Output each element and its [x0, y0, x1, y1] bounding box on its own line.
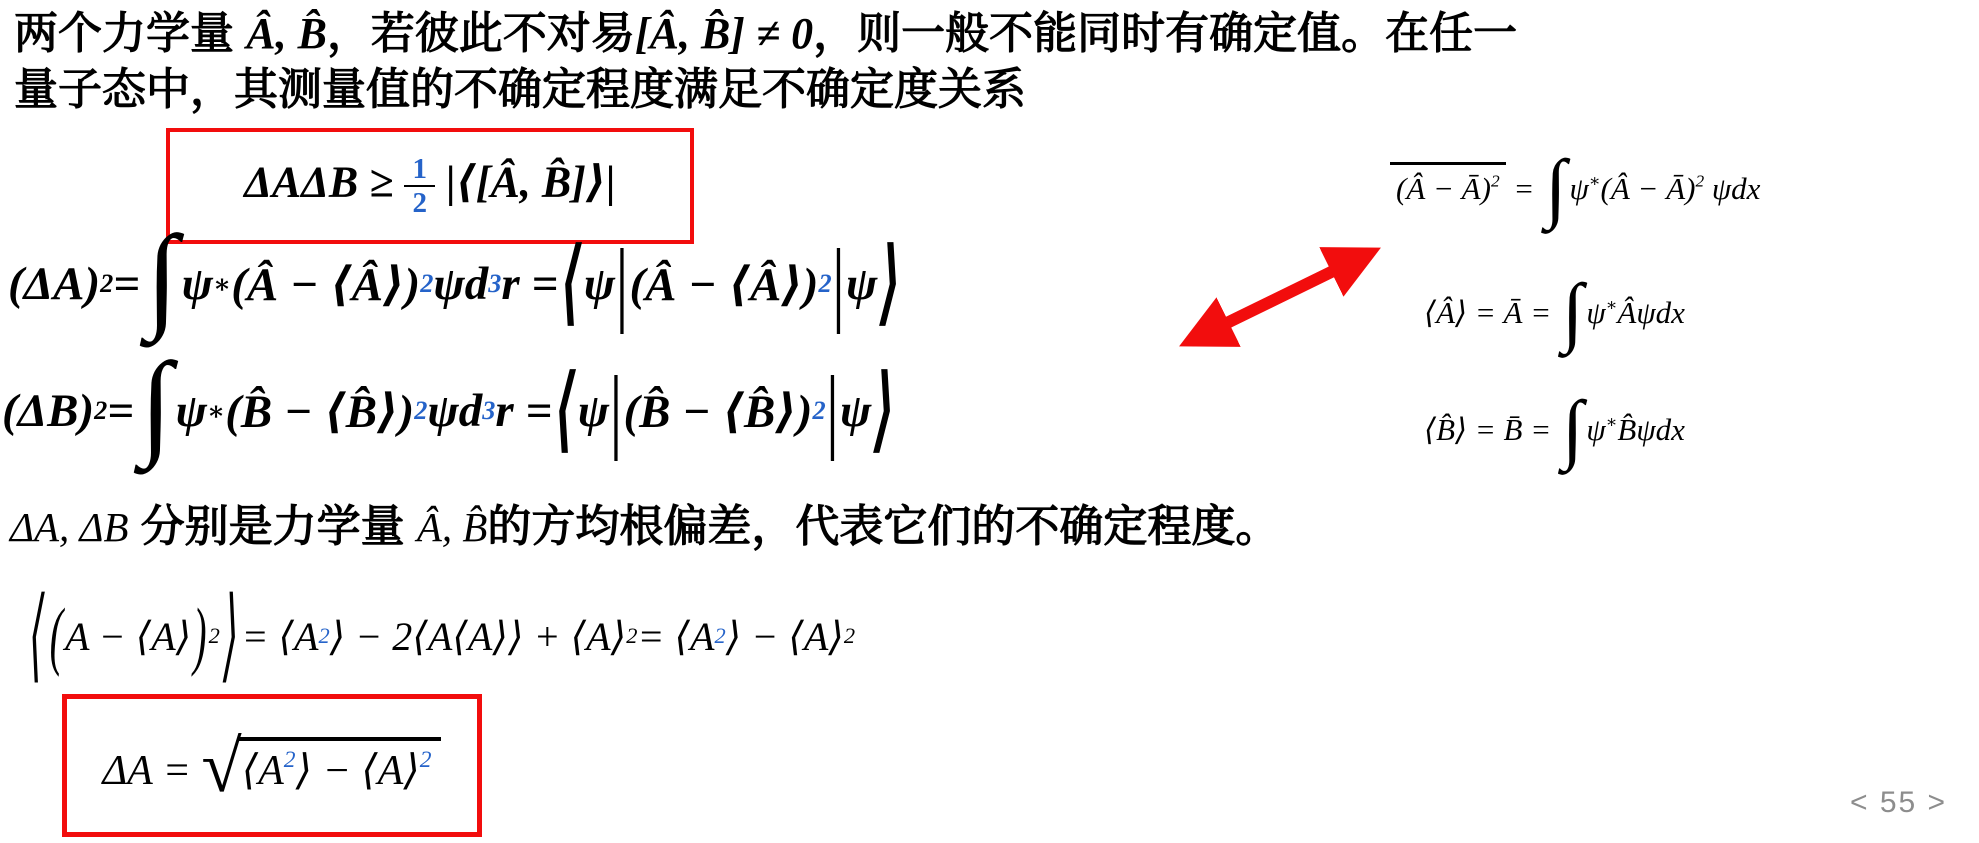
rms-deviation-text: ΔA, ΔB 分别是力学量 Â, B̂的方均根偏差，代表它们的不确定程度。 [10, 498, 1279, 557]
uncertainty-relation-box: ΔAΔB ≥ 12 |⟨[Â, B̂]⟩| [166, 128, 694, 244]
intro-paragraph: 两个力学量 Â, B̂，若彼此不对易[Â, B̂] ≠ 0，则一般不能同时有确定… [14, 6, 1517, 118]
rms-formula-box: ΔA = √⟨A2⟩ − ⟨A⟩2 [62, 694, 482, 837]
expectation-b-formula: ⟨B̂⟩ = B̄ = ∫ψ∗B̂ψdx [1424, 412, 1685, 448]
red-double-arrow [1172, 238, 1388, 356]
intro-line-1: 两个力学量 Â, B̂，若彼此不对易[Â, B̂] ≠ 0，则一般不能同时有确定… [14, 6, 1517, 62]
rms-formula: ΔA = √⟨A2⟩ − ⟨A⟩2 [103, 737, 442, 795]
delta-a-squared-formula: (ΔA)2= ∫ψ∗ (Â − ⟨Â⟩)2ψd3r = ⟨ψ|(Â − ⟨Â⟩)… [8, 228, 903, 340]
variance-expansion-formula: ⟨(A − ⟨A⟩)2⟩ = ⟨A2⟩ − 2⟨A⟨A⟩⟩ + ⟨A⟩2 = ⟨… [26, 582, 855, 690]
expectation-a-formula: ⟨Â⟩ = Ā = ∫ψ∗Âψdx [1424, 295, 1685, 331]
page-number: < 55 > [1850, 786, 1947, 820]
delta-b-squared-formula: (ΔB)2= ∫ψ∗ (B̂ − ⟨B̂⟩)2ψd3r = ⟨ψ|(B̂ − ⟨… [2, 352, 897, 470]
intro-line-2: 量子态中，其测量值的不确定程度满足不确定度关系 [14, 62, 1517, 118]
slide: 两个力学量 Â, B̂，若彼此不对易[Â, B̂] ≠ 0，则一般不能同时有确定… [0, 0, 1979, 843]
mean-square-deviation-formula: (Â − Ā)2 = ∫ψ∗(Â − Ā)2 ψdx [1390, 162, 1760, 207]
uncertainty-relation-formula: ΔAΔB ≥ 12 |⟨[Â, B̂]⟩| [244, 154, 615, 219]
